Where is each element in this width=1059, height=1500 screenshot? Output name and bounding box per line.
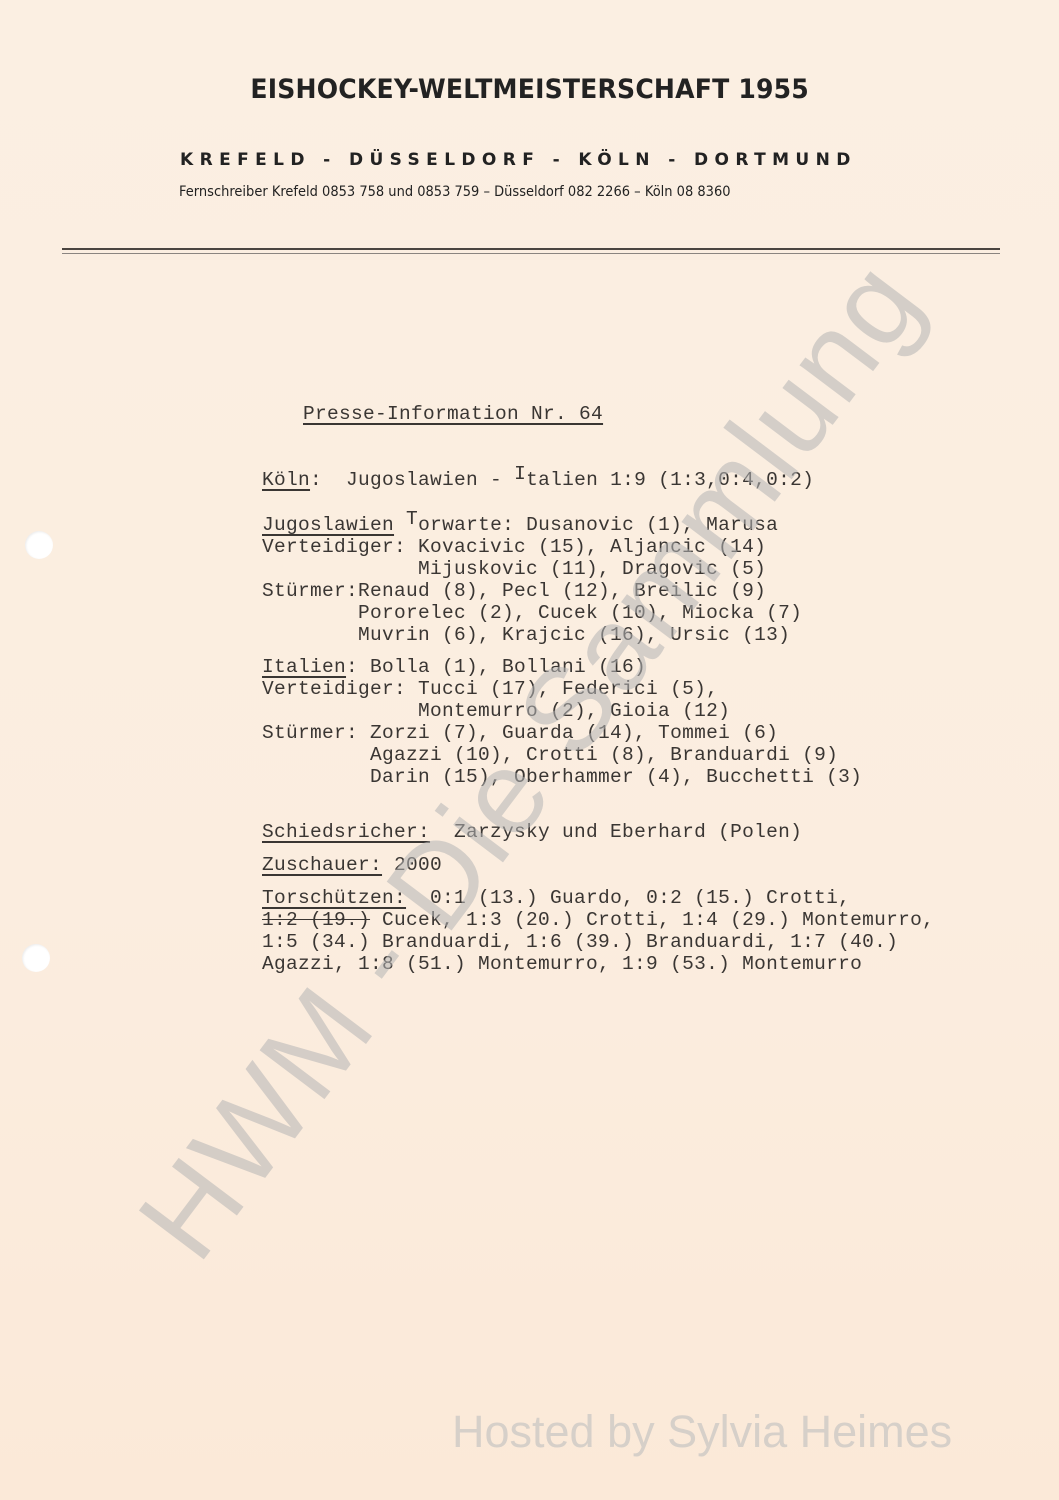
- punch-hole-top: [25, 531, 53, 559]
- hosted-by-watermark: Hosted by Sylvia Heimes: [452, 1406, 952, 1458]
- document-page: EISHOCKEY-WELTMEISTERSCHAFT 1955 KREFELD…: [0, 0, 1059, 1500]
- press-info-heading: Presse-Information Nr. 64: [303, 403, 603, 425]
- match-teams: Jugoslawien -: [322, 469, 514, 491]
- letterhead-telex: Fernschreiber Krefeld 0853 758 und 0853 …: [179, 184, 839, 200]
- punch-hole-bottom: [22, 944, 50, 972]
- venue-label: Köln: [262, 469, 310, 491]
- italien-initial: I: [514, 463, 526, 485]
- letterhead-title: EISHOCKEY-WELTMEISTERSCHAFT 1955: [37, 74, 1022, 105]
- italy-label: Italien: [262, 656, 346, 678]
- yugoslavia-label: Jugoslawien: [262, 514, 394, 536]
- letterhead-cities: KREFELD - DÜSSELDORF - KÖLN - DORTMUND: [180, 150, 890, 170]
- letterhead-rule: [62, 248, 1000, 250]
- venue-sep: :: [310, 469, 322, 491]
- goalies-initial: T: [406, 508, 418, 530]
